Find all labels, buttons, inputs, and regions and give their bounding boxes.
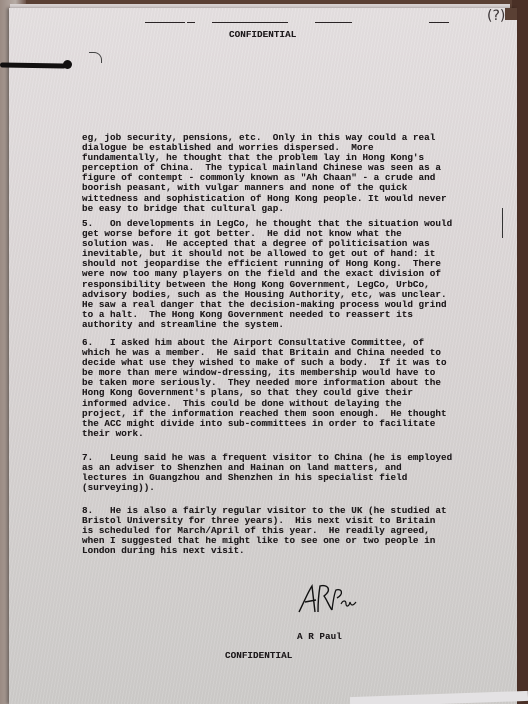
page-corner xyxy=(505,8,517,20)
paragraph-6: 6. I asked him about the Airport Consult… xyxy=(82,338,447,439)
paragraph-8: 8. He is also a fairly regular visitor t… xyxy=(82,506,447,556)
paragraph-4-continued: eg, job security, pensions, etc. Only in… xyxy=(82,133,447,214)
header-rule-lines xyxy=(9,20,517,24)
paragraph-7: 7. Leung said he was a frequent visitor … xyxy=(82,453,452,493)
pencil-mark xyxy=(89,52,102,63)
page-number-mark: (?) xyxy=(487,8,505,24)
paragraph-5: 5. On developments in LegCo, he thought … xyxy=(82,219,452,330)
classification-footer: CONFIDENTIAL xyxy=(225,651,292,661)
treasury-tag-string xyxy=(0,62,66,68)
margin-pencil-mark xyxy=(502,208,503,238)
handwritten-signature xyxy=(296,582,360,616)
treasury-tag-knot xyxy=(63,60,72,69)
classification-header: CONFIDENTIAL xyxy=(229,30,296,40)
signatory-name: A R Paul xyxy=(297,632,342,642)
document-page: (?) CONFIDENTIAL eg, job security, pensi… xyxy=(9,8,517,704)
